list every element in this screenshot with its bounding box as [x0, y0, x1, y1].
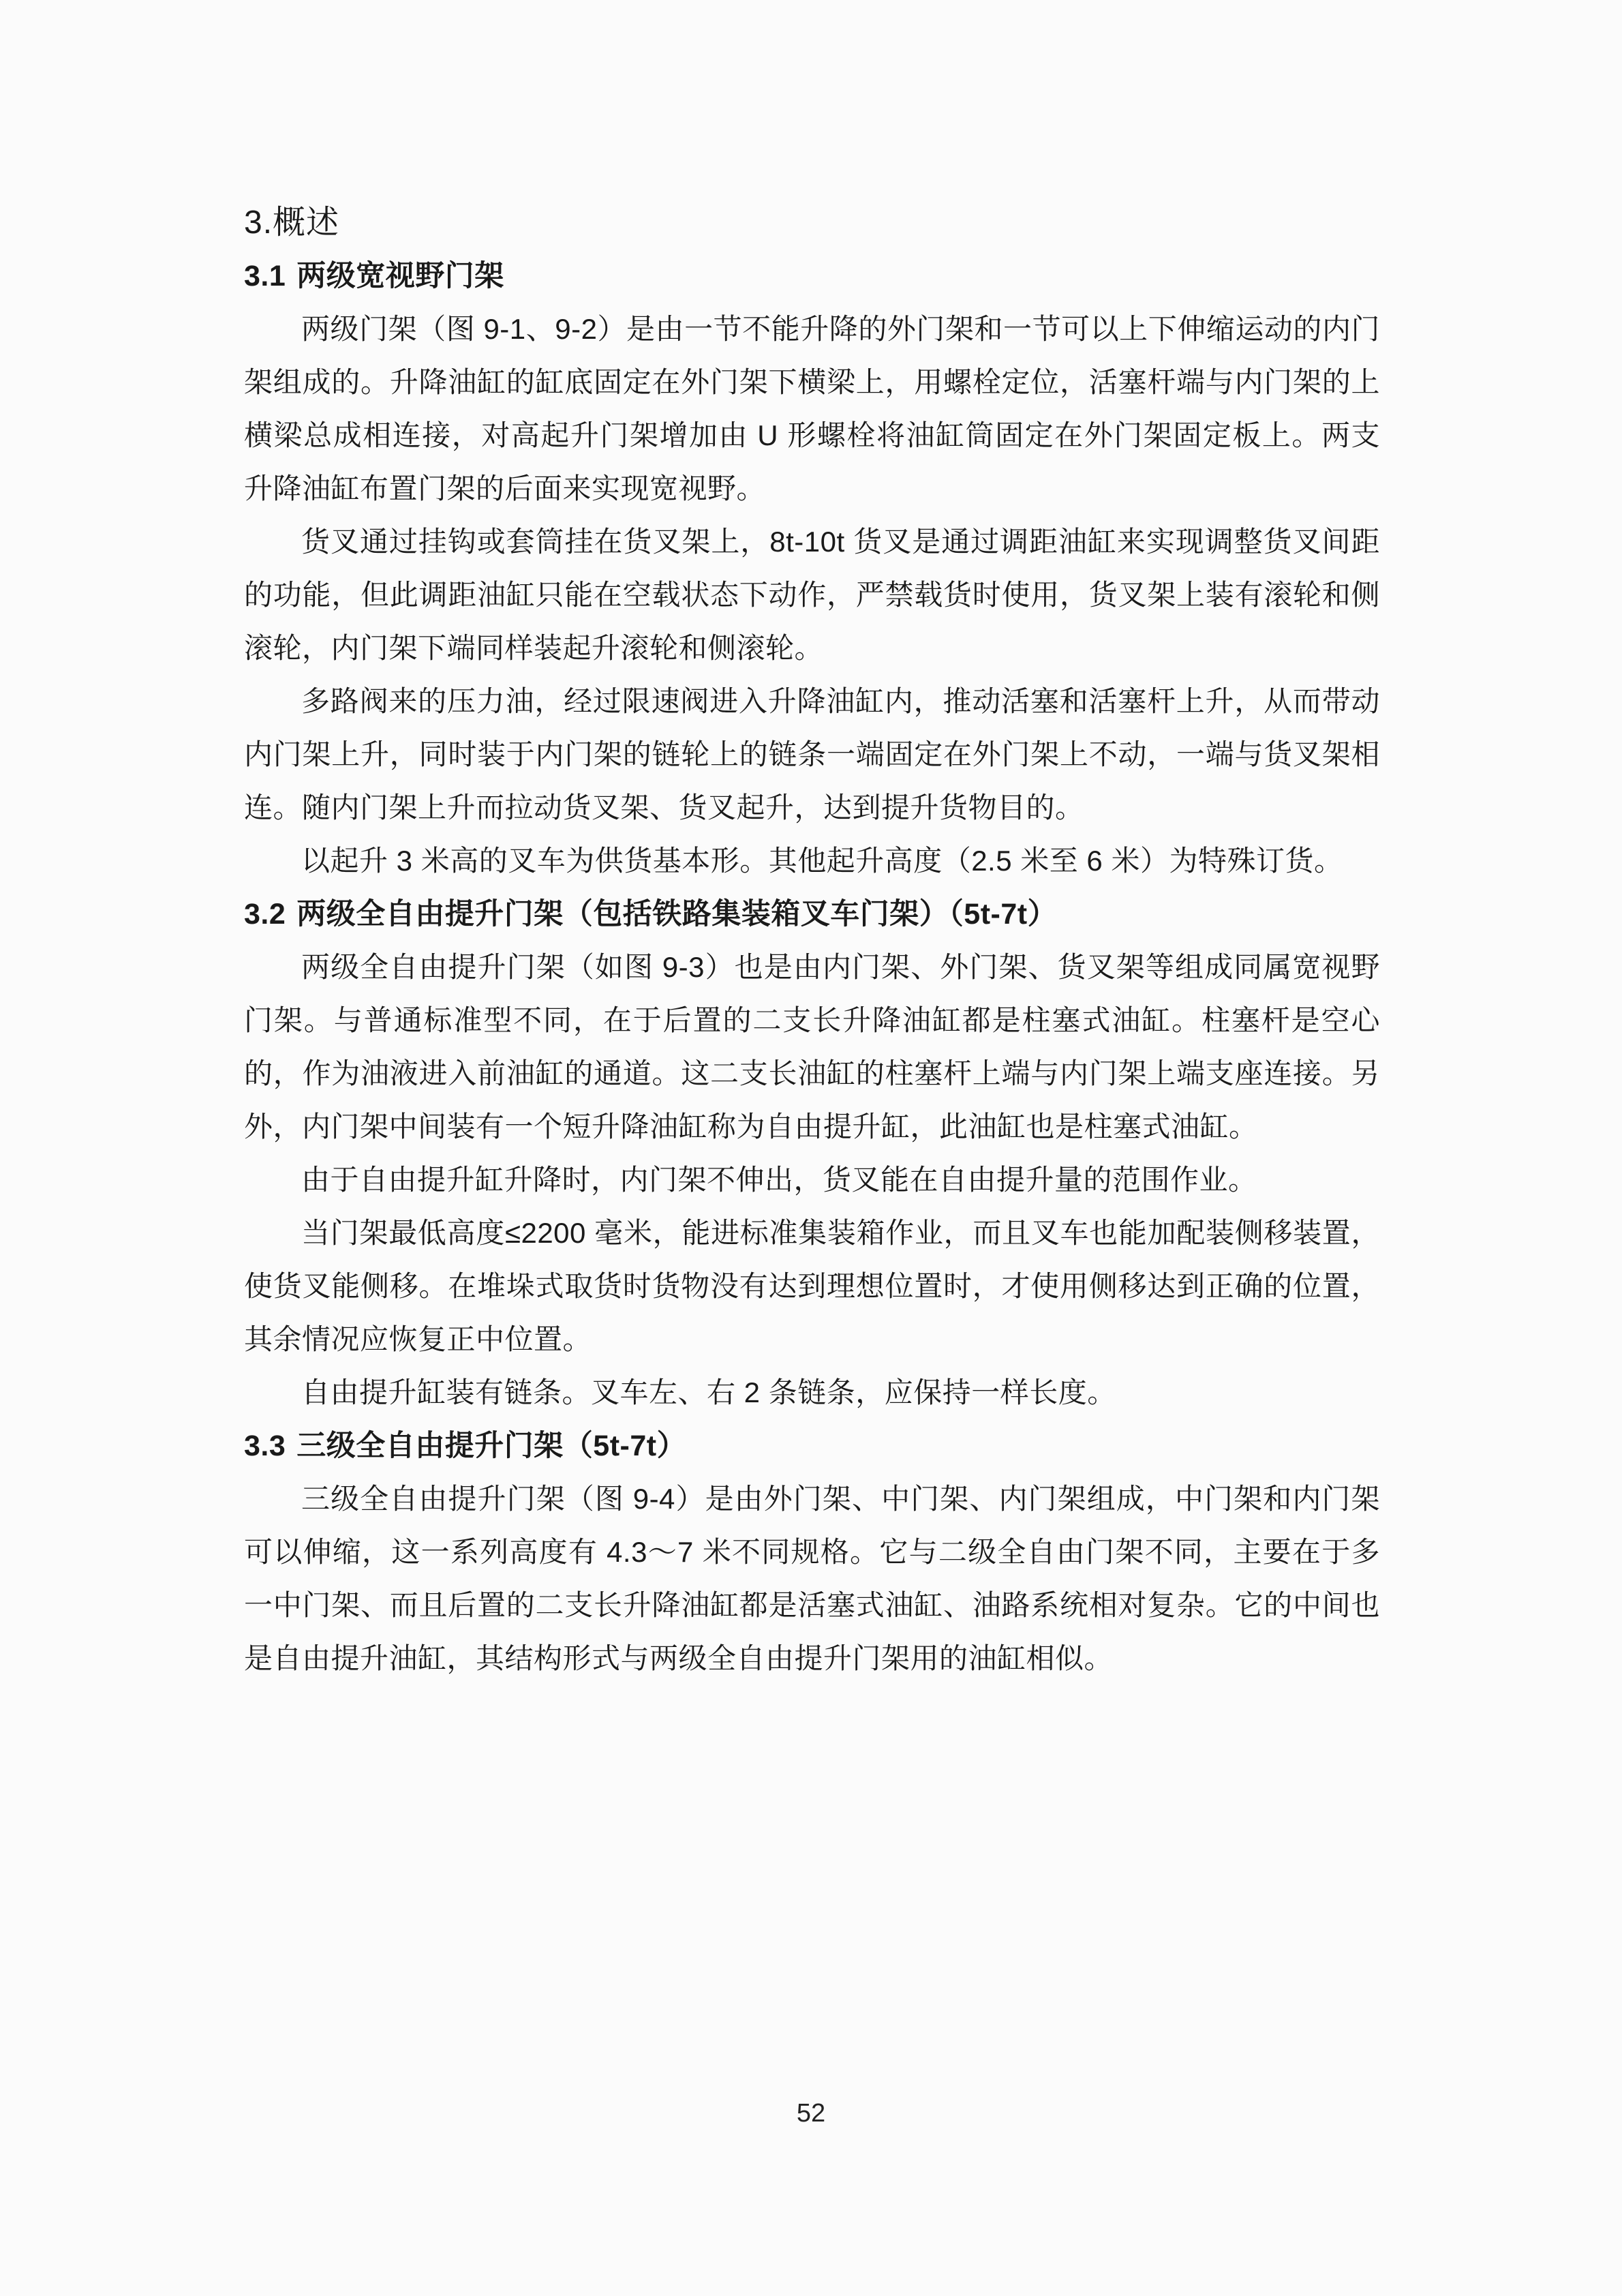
- section-heading-3-1: 3.1两级宽视野门架: [244, 250, 1380, 303]
- document-title: 3.概述: [244, 196, 1380, 250]
- paragraph: 两级全自由提升门架（如图 9-3）也是由内门架、外门架、货叉架等组成同属宽视野门…: [244, 941, 1380, 1153]
- section-title: 两级全自由提升门架（包括铁路集装箱叉车门架）（5t-7t）: [296, 898, 1057, 931]
- paragraph: 两级门架（图 9-1、9-2）是由一节不能升降的外门架和一节可以上下伸缩运动的内…: [244, 303, 1380, 515]
- paragraph: 货叉通过挂钩或套筒挂在货叉架上，8t-10t 货叉是通过调距油缸来实现调整货叉间…: [244, 515, 1380, 675]
- paragraph: 自由提升缸装有链条。叉车左、右 2 条链条，应保持一样长度。: [244, 1366, 1380, 1419]
- section-number: 3.1: [244, 250, 286, 303]
- section-number: 3.3: [244, 1419, 286, 1472]
- section-title: 三级全自由提升门架（5t-7t）: [296, 1430, 686, 1462]
- document-content: 3.概述 3.1两级宽视野门架 两级门架（图 9-1、9-2）是由一节不能升降的…: [244, 196, 1380, 1685]
- paragraph: 以起升 3 米高的叉车为供货基本形。其他起升高度（2.5 米至 6 米）为特殊订…: [244, 834, 1380, 888]
- document-title-text: 概述: [273, 205, 339, 241]
- page-number: 52: [0, 2098, 1622, 2128]
- document-page: 3.概述 3.1两级宽视野门架 两级门架（图 9-1、9-2）是由一节不能升降的…: [0, 0, 1622, 2296]
- paragraph: 当门架最低高度≤2200 毫米，能进标准集装箱作业，而且叉车也能加配装侧移装置，…: [244, 1207, 1380, 1366]
- paragraph: 多路阀来的压力油，经过限速阀进入升降油缸内，推动活塞和活塞杆上升，从而带动内门架…: [244, 675, 1380, 834]
- section-heading-3-2: 3.2两级全自由提升门架（包括铁路集装箱叉车门架）（5t-7t）: [244, 888, 1380, 941]
- section-title: 两级宽视野门架: [296, 260, 504, 292]
- paragraph: 由于自由提升缸升降时，内门架不伸出，货叉能在自由提升量的范围作业。: [244, 1153, 1380, 1207]
- section-number: 3.2: [244, 888, 286, 941]
- section-heading-3-3: 3.3三级全自由提升门架（5t-7t）: [244, 1419, 1380, 1472]
- document-title-number: 3.: [244, 205, 273, 241]
- paragraph: 三级全自由提升门架（图 9-4）是由外门架、中门架、内门架组成，中门架和内门架可…: [244, 1472, 1380, 1685]
